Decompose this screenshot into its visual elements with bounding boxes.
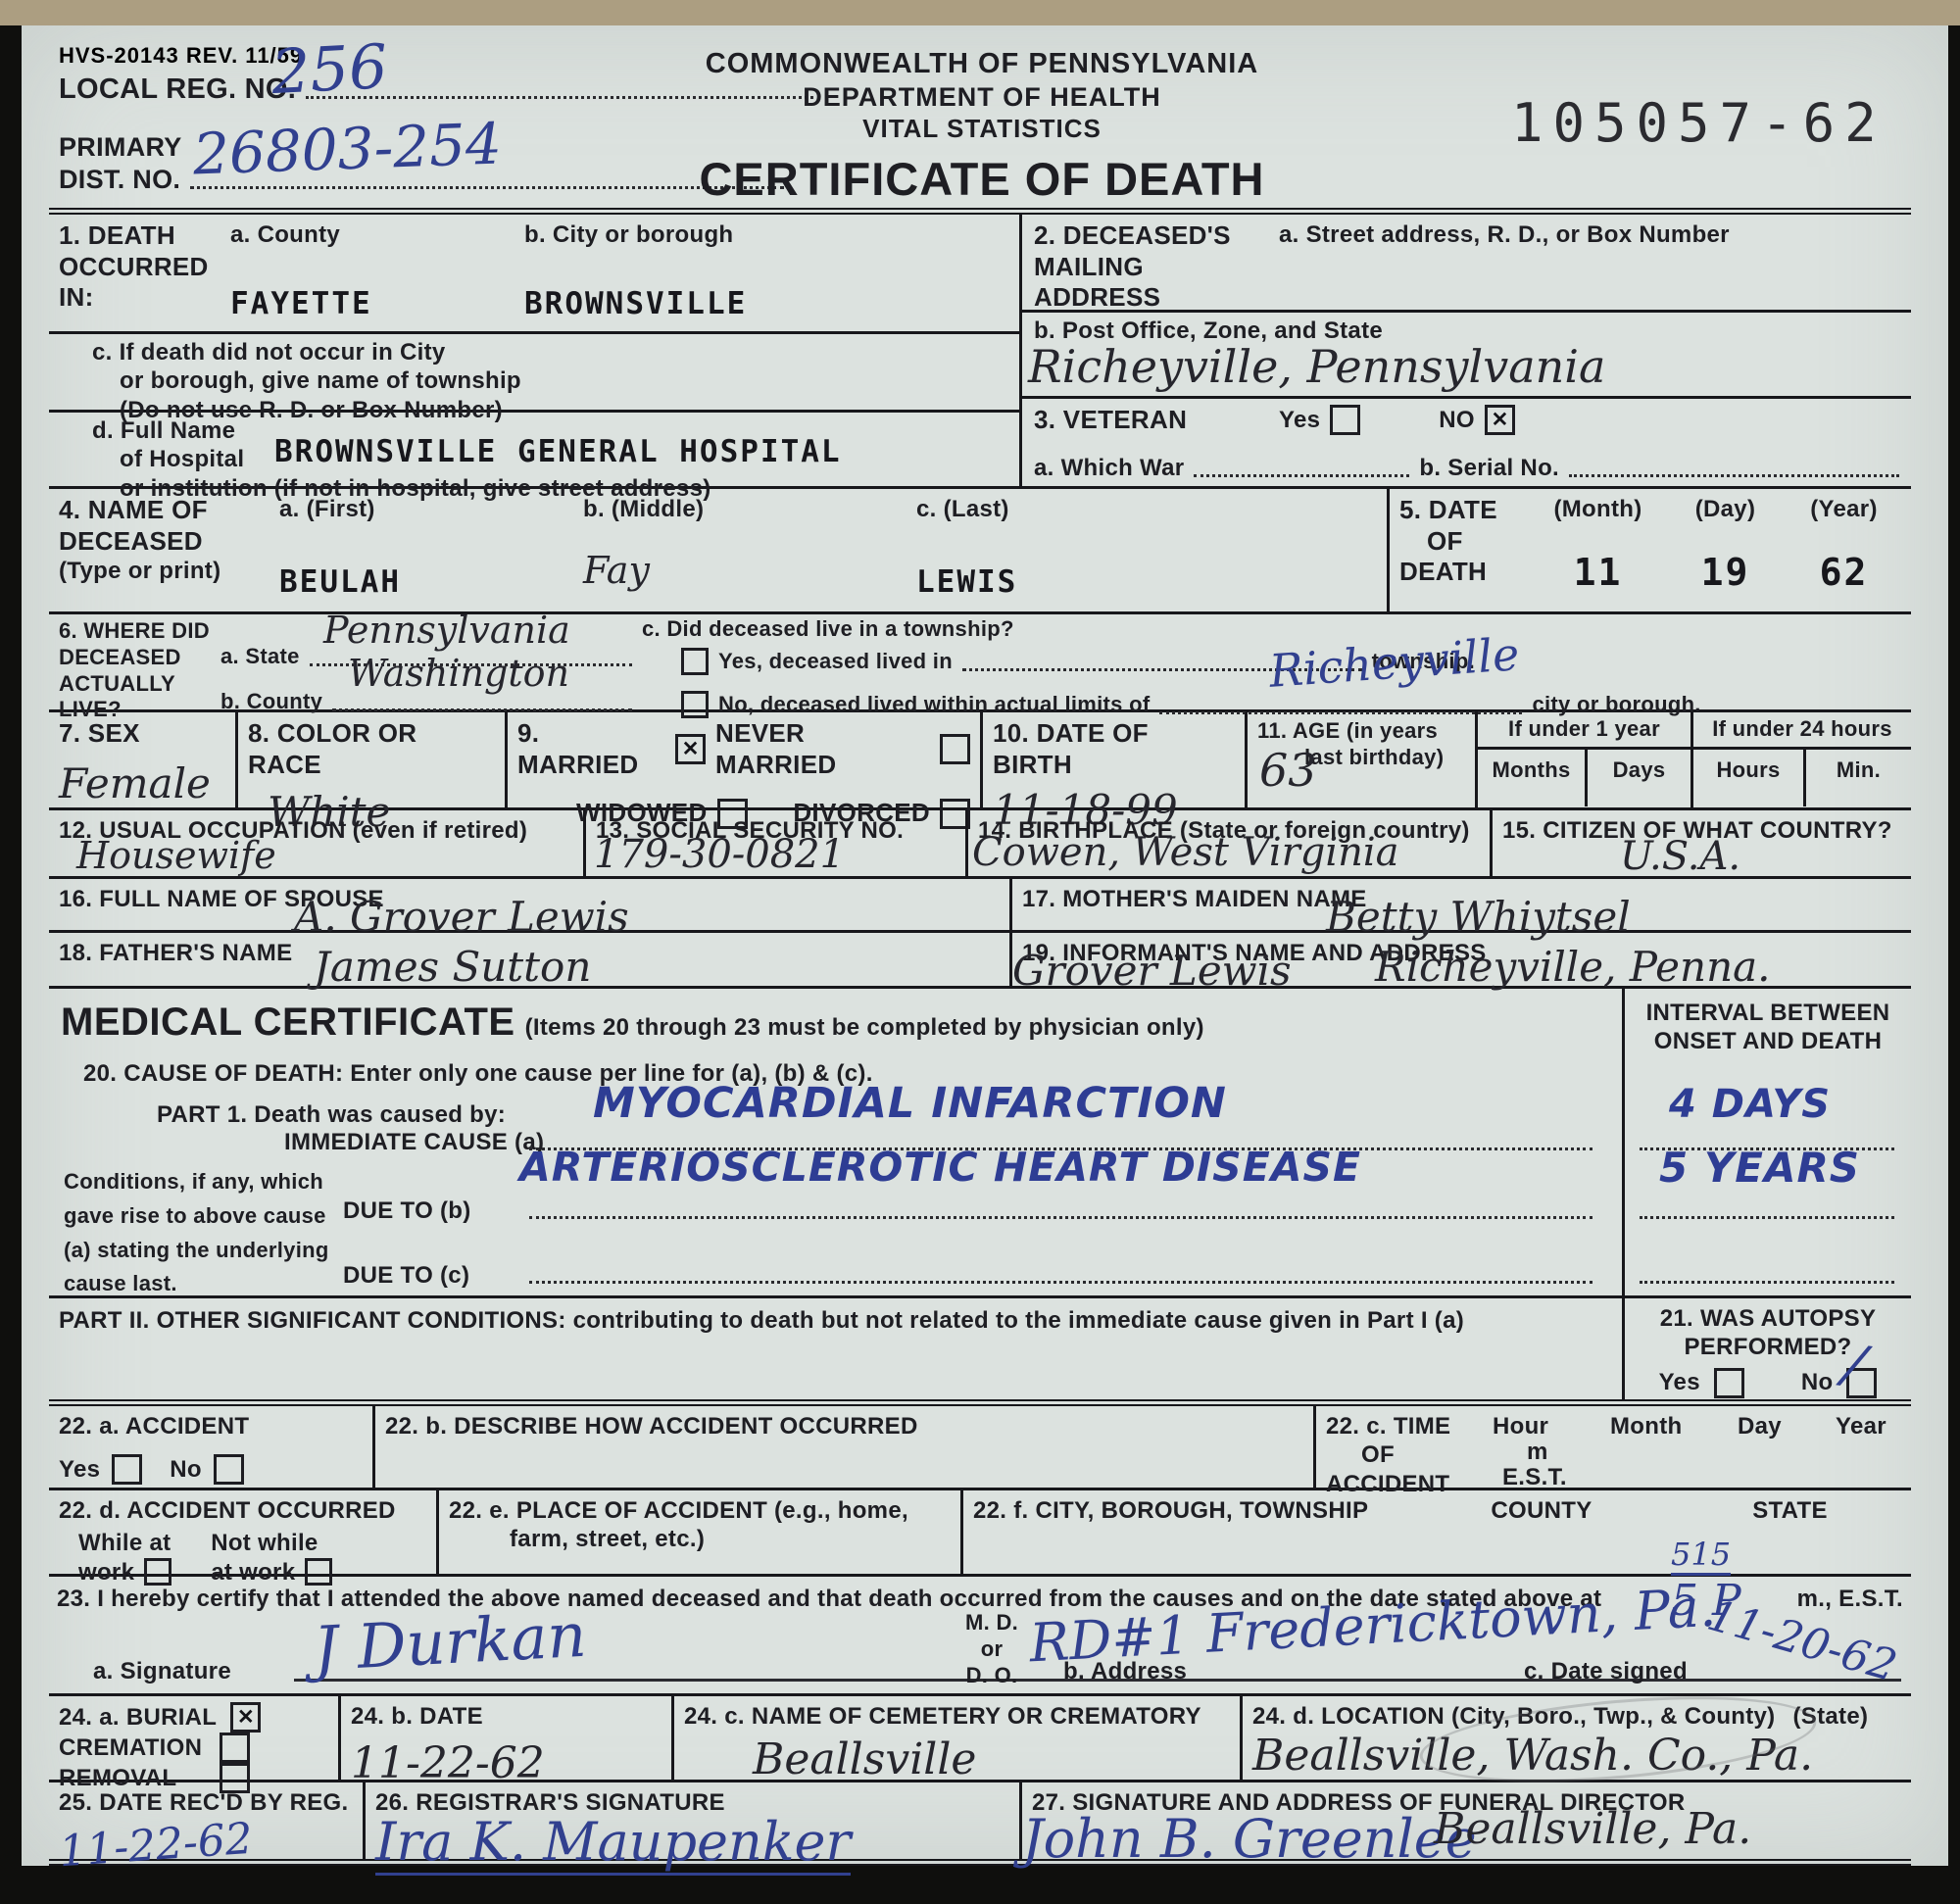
- section-22d-occurred: 22. d. ACCIDENT OCCURRED While at work N…: [49, 1490, 436, 1574]
- funeral-director-address: Beallsville, Pa.: [1434, 1804, 1751, 1854]
- lived-in-township-yes-checkbox: [681, 648, 709, 675]
- section-4-label: 4. NAME OF DECEASED (Type or print): [59, 495, 279, 606]
- autopsy-yes-label: Yes: [1659, 1368, 1700, 1396]
- section-11-age: 11. AGE (in years last birthday) 63: [1245, 712, 1475, 807]
- middle-name-value: Fay: [583, 549, 916, 592]
- field-township: c. If death did not occur in City or bor…: [49, 334, 1019, 413]
- funeral-director-signature: John B. Greenlee: [1022, 1808, 1477, 1870]
- time-columns: Hour Month Day Year m E.S.T.: [1473, 1412, 1901, 1482]
- burial-checkbox: ✕: [230, 1702, 261, 1733]
- section-24d-location: 24. d. LOCATION (City, Boro., Twp., & Co…: [1240, 1696, 1911, 1780]
- section-17-mother: 17. MOTHER'S MAIDEN NAME Betty Whiytsel: [1009, 879, 1911, 930]
- accident-city-label: 22. f. CITY, BOROUGH, TOWNSHIP: [973, 1496, 1404, 1568]
- date-received-value: 11-22-62: [58, 1807, 355, 1878]
- section-27-funeral-director: 27. SIGNATURE AND ADDRESS OF FUNERAL DIR…: [1019, 1782, 1911, 1859]
- section-13-ssn: 13. SOCIAL SECURITY NO. 179-30-0821: [583, 810, 965, 876]
- row-medical-certificate: MEDICAL CERTIFICATE (Items 20 through 23…: [49, 989, 1911, 1298]
- county-residence-label: b. County: [220, 689, 322, 715]
- interval-header: INTERVAL BETWEEN ONSET AND DEATH: [1625, 999, 1911, 1056]
- never-married-label: NEVER MARRIED: [715, 718, 930, 780]
- department-title: DEPARTMENT OF HEALTH: [803, 81, 1160, 114]
- date-signed-label: c. Date signed: [1524, 1657, 1688, 1685]
- section-14-birthplace: 14. BIRTHPLACE (State or foreign country…: [965, 810, 1490, 876]
- ssn-value: 179-30-0821: [594, 832, 845, 877]
- accident-label: 22. a. ACCIDENT: [59, 1412, 363, 1440]
- informant-address: Richeyville, Penna.: [1375, 943, 1771, 991]
- residence-state-county: a. State Pennsylvania b. County Washingt…: [220, 618, 642, 706]
- vital-statistics-title: VITAL STATISTICS: [862, 114, 1102, 145]
- local-reg-value: 256: [269, 30, 389, 108]
- dotted-line: [332, 693, 632, 711]
- citizen-value: U.S.A.: [1620, 834, 1740, 879]
- conditions-note: Conditions, if any, which gave rise to a…: [64, 1169, 329, 1297]
- cemetery-label: 24. c. NAME OF CEMETERY OR CREMATORY: [684, 1702, 1230, 1731]
- describe-accident-label: 22. b. DESCRIBE HOW ACCIDENT OCCURRED: [385, 1413, 918, 1440]
- dotted-line: [1194, 459, 1409, 477]
- min-label: Min.: [1806, 750, 1911, 806]
- married-label: 9. MARRIED: [517, 718, 665, 780]
- birthplace-value: Cowen, West Virginia: [972, 830, 1399, 875]
- interval-b-value: 5 YEARS: [1659, 1144, 1860, 1192]
- cemetery-value: Beallsville: [753, 1734, 1230, 1784]
- section-9-marital-status: 9. MARRIED ✕ NEVER MARRIED WIDOWED DIVOR…: [505, 712, 980, 807]
- accident-yes-checkbox: [112, 1454, 142, 1485]
- state-value: Pennsylvania: [323, 609, 570, 652]
- section-12-occupation: 12. USUAL OCCUPATION (even if retired) H…: [49, 810, 583, 876]
- due-to-b-label: DUE TO (b): [343, 1196, 471, 1225]
- death-year-value: 62: [1820, 551, 1869, 594]
- field-death-day: (Day) 19: [1664, 495, 1787, 606]
- state-label: a. State: [220, 644, 300, 670]
- section-24a-disposition: 24. a. BURIAL ✕ CREMATION REMOVAL: [49, 1696, 338, 1780]
- serial-no-label: b. Serial No.: [1419, 454, 1559, 482]
- certificate-form: 1. DEATH OCCURRED IN: a. County FAYETTE …: [49, 208, 1911, 1866]
- field-post-office: b. Post Office, Zone, and State Richeyvi…: [1022, 313, 1911, 399]
- certificate-paper: HVS-20143 REV. 11/59 LOCAL REG. NO. 256 …: [22, 25, 1948, 1866]
- row-burial: 24. a. BURIAL ✕ CREMATION REMOVAL 24. b.…: [49, 1696, 1911, 1782]
- row-occupation-ssn: 12. USUAL OCCUPATION (even if retired) H…: [49, 810, 1911, 879]
- field-death-month: (Month) 11: [1532, 495, 1664, 606]
- informant-name: Grover Lewis: [1012, 947, 1292, 995]
- county-label: a. County: [230, 220, 524, 249]
- county-value: FAYETTE: [230, 286, 524, 321]
- days-label: Days: [1588, 750, 1690, 806]
- section-8-race: 8. COLOR OR RACE White: [235, 712, 505, 807]
- section-20-cause-of-death: MEDICAL CERTIFICATE (Items 20 through 23…: [49, 989, 1622, 1295]
- never-married-checkbox: [940, 734, 970, 764]
- primary-dist-value: 26803-254: [192, 111, 503, 188]
- first-name-value: BEULAH: [279, 564, 583, 600]
- certificate-title: CERTIFICATE OF DEATH: [699, 151, 1264, 207]
- veteran-yes-checkbox: [1330, 405, 1360, 435]
- commonwealth-title: COMMONWEALTH OF PENNSYLVANIA: [706, 47, 1258, 81]
- due-to-c-label: DUE TO (c): [343, 1261, 469, 1290]
- autopsy-no-checkbox: ∕: [1846, 1368, 1877, 1398]
- age-value: 63: [1259, 744, 1317, 797]
- section-16-spouse: 16. FULL NAME OF SPOUSE A. Grover Lewis: [49, 879, 1009, 930]
- burial-date-value: 11-22-62: [351, 1738, 661, 1788]
- field-hospital: d. Full Name of Hospital or institution …: [49, 413, 1019, 489]
- veteran-no-checkbox: ✕: [1485, 405, 1515, 435]
- row-accident-2: 22. d. ACCIDENT OCCURRED While at work N…: [49, 1490, 1911, 1577]
- if-under-24-hours: If under 24 hours Hours Min.: [1690, 712, 1911, 807]
- row-sex-race-marital: 7. SEX Female 8. COLOR OR RACE White 9. …: [49, 712, 1911, 810]
- dob-label: 10. DATE OF BIRTH: [993, 718, 1235, 780]
- section-2-label: 2. DECEASED'S MAILING ADDRESS: [1034, 220, 1279, 304]
- dotted-line: [1640, 1187, 1894, 1219]
- section-22b-describe: 22. b. DESCRIBE HOW ACCIDENT OCCURRED: [372, 1406, 1313, 1488]
- section-23-certification: 23. I hereby certify that I attended the…: [49, 1577, 1911, 1693]
- part1-label: PART 1. Death was caused by:: [157, 1100, 506, 1129]
- row-where-lived: 6. WHERE DID DECEASED ACTUALLY LIVE? a. …: [49, 614, 1911, 712]
- field-last-name: c. (Last) LEWIS: [916, 495, 1017, 606]
- section-2-mailing-address: 2. DECEASED'S MAILING ADDRESS a. Street …: [1022, 215, 1911, 313]
- veteran-yes-label: Yes: [1279, 406, 1320, 434]
- due-to-b-value: ARTERIOSCLEROTIC HEART DISEASE: [519, 1144, 1361, 1191]
- section-2-3-right-column: 2. DECEASED'S MAILING ADDRESS a. Street …: [1019, 215, 1911, 486]
- section-7-sex: 7. SEX Female: [49, 712, 235, 807]
- autopsy-yes-checkbox: [1714, 1368, 1744, 1398]
- hospital-value: BROWNSVILLE GENERAL HOSPITAL: [274, 434, 842, 469]
- death-certificate-scan: HVS-20143 REV. 11/59 LOCAL REG. NO. 256 …: [0, 0, 1960, 1904]
- residence-township-question: c. Did deceased live in a township? Yes,…: [642, 618, 1901, 706]
- cremation-checkbox: [220, 1733, 250, 1763]
- section-3-veteran: 3. VETERAN Yes NO ✕ a. Which War b. Seri…: [1022, 399, 1911, 489]
- sex-label: 7. SEX: [59, 718, 225, 750]
- accident-no-checkbox: [214, 1454, 244, 1485]
- autopsy-no-label: No: [1801, 1368, 1834, 1396]
- row-accident-1: 22. a. ACCIDENT Yes No 22. b. DESCRIBE H…: [49, 1406, 1911, 1490]
- street-address-label: a. Street address, R. D., or Box Number: [1279, 220, 1730, 304]
- field-middle-name: b. (Middle) Fay: [583, 495, 916, 606]
- post-office-value: Richeyville, Pennsylvania: [1028, 340, 1605, 393]
- section-22e-place: 22. e. PLACE OF ACCIDENT (e.g., home, fa…: [436, 1490, 960, 1574]
- section-18-father: 18. FATHER'S NAME James Sutton: [49, 933, 1009, 986]
- months-label: Months: [1478, 750, 1588, 806]
- father-label: 18. FATHER'S NAME: [59, 940, 292, 966]
- death-month-value: 11: [1574, 551, 1623, 594]
- medical-certificate-title: MEDICAL CERTIFICATE (Items 20 through 23…: [61, 999, 1204, 1047]
- under-24-hours-header: If under 24 hours: [1693, 712, 1911, 750]
- row-death-occurred: 1. DEATH OCCURRED IN: a. County FAYETTE …: [49, 215, 1911, 489]
- burial-date-label: 24. b. DATE: [351, 1702, 661, 1731]
- section-10-date-of-birth: 10. DATE OF BIRTH 11-18-99: [980, 712, 1245, 807]
- section-21-autopsy: 21. WAS AUTOPSY PERFORMED? Yes No ∕: [1622, 1298, 1911, 1399]
- section-15-citizen: 15. CITIZEN OF WHAT COUNTRY? U.S.A.: [1490, 810, 1911, 876]
- form-number: HVS-20143 REV. 11/59: [59, 43, 303, 69]
- row-name-of-deceased: 4. NAME OF DECEASED (Type or print) a. (…: [49, 489, 1911, 614]
- last-name-value: LEWIS: [916, 564, 1017, 600]
- township-question-label: c. Did deceased live in a township?: [642, 616, 1014, 643]
- field-death-year: (Year) 62: [1787, 495, 1901, 606]
- under-1-year-header: If under 1 year: [1478, 712, 1690, 750]
- section-6-residence: 6. WHERE DID DECEASED ACTUALLY LIVE? a. …: [49, 614, 1911, 709]
- section-26-registrar: 26. REGISTRAR'S SIGNATURE Ira K. Maupenk…: [363, 1782, 1019, 1859]
- field-city-or-borough: b. City or borough BROWNSVILLE: [524, 220, 747, 325]
- certify-m-est: m., E.S.T.: [1797, 1585, 1903, 1613]
- mother-label: 17. MOTHER'S MAIDEN NAME: [1022, 886, 1367, 912]
- section-1-death-occurred: 1. DEATH OCCURRED IN: a. County FAYETTE …: [49, 215, 1019, 486]
- cremation-label: CREMATION: [59, 1733, 206, 1762]
- city-value: BROWNSVILLE: [524, 286, 747, 321]
- burial-label: 24. a. BURIAL: [59, 1703, 217, 1732]
- part2-other-conditions: PART II. OTHER SIGNIFICANT CONDITIONS: c…: [49, 1298, 1622, 1399]
- section-24b-date: 24. b. DATE 11-22-62: [338, 1696, 671, 1780]
- death-day-value: 19: [1701, 551, 1750, 594]
- occupation-value: Housewife: [76, 834, 276, 877]
- scan-edge-strip: [0, 0, 1960, 25]
- city-label: b. City or borough: [524, 220, 747, 249]
- row-registrar: 25. DATE REC'D BY REG. 11-22-62 26. REGI…: [49, 1782, 1911, 1859]
- sex-value: Female: [59, 759, 225, 807]
- immediate-cause-value: MYOCARDIAL INFARCTION: [593, 1079, 1227, 1128]
- state-file-number-stamp: 105057-62: [1511, 92, 1886, 154]
- married-checkbox: ✕: [675, 734, 706, 764]
- row-part2-autopsy: PART II. OTHER SIGNIFICANT CONDITIONS: c…: [49, 1298, 1911, 1406]
- dotted-line: [529, 1187, 1592, 1219]
- hours-label: Hours: [1693, 750, 1806, 806]
- dotted-line: [1640, 1251, 1894, 1284]
- dotted-line: [1569, 459, 1899, 477]
- section-19-informant: 19. INFORMANT'S NAME AND ADDRESS Grover …: [1009, 933, 1911, 986]
- part2-label: PART II. OTHER SIGNIFICANT CONDITIONS: c…: [59, 1307, 1464, 1334]
- section-1-label: 1. DEATH OCCURRED IN:: [59, 220, 230, 325]
- veteran-no-label: NO: [1439, 406, 1475, 434]
- section-5-label: 5. DATE OF DEATH: [1399, 495, 1532, 606]
- dotted-line: [1159, 696, 1522, 714]
- local-reg-label: LOCAL REG. NO.: [59, 73, 296, 107]
- section-6-label: 6. WHERE DID DECEASED ACTUALLY LIVE?: [59, 618, 220, 706]
- immediate-cause-label: IMMEDIATE CAUSE (a): [284, 1128, 544, 1156]
- which-war-label: a. Which War: [1034, 454, 1184, 482]
- field-first-name: a. (First) BEULAH: [279, 495, 583, 606]
- time-of-accident-label: 22. c. TIME OF ACCIDENT: [1326, 1412, 1473, 1482]
- registrar-signature: Ira K. Maupenker: [375, 1811, 851, 1876]
- section-22a-accident: 22. a. ACCIDENT Yes No: [49, 1406, 372, 1488]
- city-limits-value: Richeyville: [1267, 627, 1520, 698]
- race-label: 8. COLOR OR RACE: [248, 718, 495, 780]
- section-22f-city-county-state: 22. f. CITY, BOROUGH, TOWNSHIP COUNTY ST…: [960, 1490, 1911, 1574]
- accident-occurred-label: 22. d. ACCIDENT OCCURRED: [59, 1496, 426, 1525]
- if-under-1-year: If under 1 year Months Days: [1475, 712, 1690, 807]
- accident-county-label: COUNTY: [1404, 1496, 1679, 1568]
- signature-label: a. Signature: [93, 1657, 231, 1685]
- section-25-date-received: 25. DATE REC'D BY REG. 11-22-62: [49, 1782, 363, 1859]
- physician-signature: J Durkan: [312, 1599, 588, 1684]
- md-do-label: M. D. or D. O.: [965, 1610, 1018, 1688]
- dotted-line: [529, 1251, 1592, 1284]
- header-titles: COMMONWEALTH OF PENNSYLVANIA DEPARTMENT …: [570, 47, 1394, 207]
- county-residence-value: Washington: [348, 652, 569, 695]
- father-value: James Sutton: [314, 943, 591, 991]
- section-22c-time: 22. c. TIME OF ACCIDENT Hour Month Day Y…: [1313, 1406, 1911, 1488]
- field-county: a. County FAYETTE: [230, 220, 524, 325]
- veteran-label: 3. VETERAN: [1034, 405, 1269, 436]
- section-24c-cemetery: 24. c. NAME OF CEMETERY OR CREMATORY Bea…: [671, 1696, 1240, 1780]
- interval-column: INTERVAL BETWEEN ONSET AND DEATH 4 DAYS …: [1622, 989, 1911, 1295]
- row-certification: 23. I hereby certify that I attended the…: [49, 1577, 1911, 1696]
- section-5-date-of-death: 5. DATE OF DEATH (Month) 11 (Day) 19 (Ye…: [1387, 489, 1911, 611]
- row-family-names: 16. FULL NAME OF SPOUSE A. Grover Lewis …: [49, 879, 1911, 989]
- section-4-name: 4. NAME OF DECEASED (Type or print) a. (…: [49, 489, 1387, 611]
